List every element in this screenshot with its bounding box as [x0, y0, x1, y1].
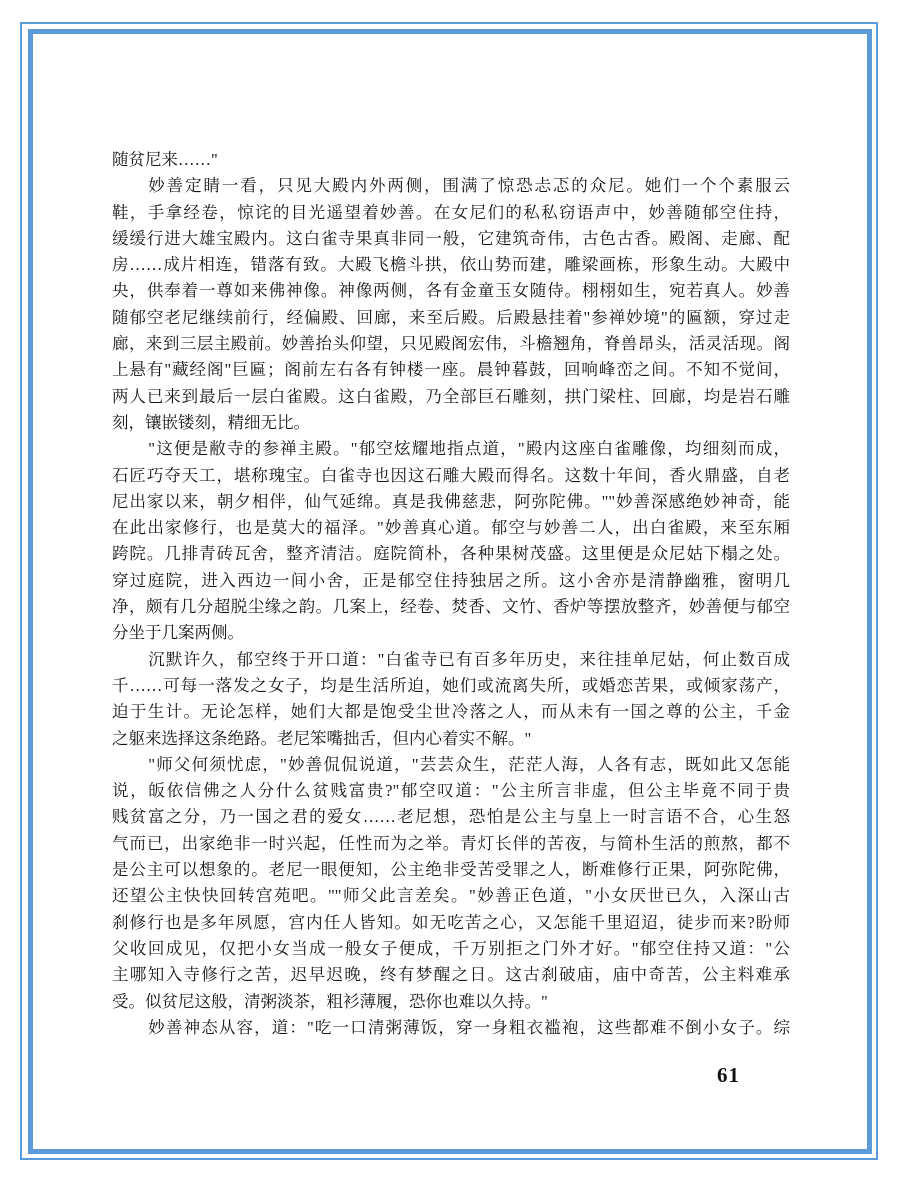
text-line: 尼出家以来，朝夕相伴，仙气延绵。真是我佛慈悲，阿弥陀佛。""妙善深感绝妙神奇，能: [112, 489, 790, 515]
text-line: 妙善定睛一看，只见大殿内外两侧，围满了惊恐忐忑的众尼。她们一个个素服云: [112, 173, 790, 199]
text-line: 刹修行也是多年夙愿，宫内任人皆知。如无吃苦之心，又怎能千里迢迢，徒步而来?盼师: [112, 910, 790, 936]
text-line: 在此出家修行，也是莫大的福泽。"妙善真心道。郁空与妙善二人，出白雀殿，来至东厢: [112, 515, 790, 541]
text-line: 受。似贫尼这般，清粥淡茶，粗衫薄履，恐你也难以久持。": [112, 989, 790, 1015]
text-line: 跨院。几排青砖瓦舍，整齐清洁。庭院简朴，各种果树茂盛。这里便是众尼姑下榻之处。: [112, 541, 790, 567]
text-line: 妙善神态从容，道："吃一口清粥薄饭，穿一身粗衣褴袍，这些都难不倒小女子。综: [112, 1015, 790, 1041]
text-line: 央，供奉着一尊如来佛神像。神像两侧，各有金童玉女随侍。栩栩如生，宛若真人。妙善: [112, 278, 790, 304]
paragraph: 沉默许久，郁空终于开口道："白雀寺已有百多年历史，来往挂单尼姑，何止数百成千………: [112, 647, 790, 752]
paragraph: "师父何须忧虑，"妙善侃侃说道，"芸芸众生，茫茫人海，人各有志，既如此又怎能说，…: [112, 752, 790, 1015]
text-line: 之躯来选择这条绝路。老尼笨嘴拙舌，但内心着实不解。": [112, 726, 790, 752]
paragraph: "这便是敝寺的参禅主殿。"郁空炫耀地指点道，"殿内这座白雀雕像，均细刻而成，石匠…: [112, 436, 790, 646]
text-line: 上悬有"藏经阁"巨匾；阁前左右各有钟楼一座。晨钟暮鼓，回响峰峦之间。不知不觉间，: [112, 357, 790, 383]
text-line: 穿过庭院，进入西边一间小舍，正是郁空住持独居之所。这小舍亦是清静幽雅，窗明几: [112, 568, 790, 594]
text-line: 廊，来到三层主殿前。妙善抬头仰望，只见殿阁宏伟，斗檐翘角，脊兽昂头，活灵活现。阁: [112, 331, 790, 357]
text-line: 贱贫富之分，乃一国之君的爱女……老尼想，恐怕是公主与皇上一时言语不合，心生怒: [112, 804, 790, 830]
text-line: 父收回成见，仅把小女当成一般女子便成，千万别拒之门外才好。"郁空住持又道："公: [112, 936, 790, 962]
text-line: 缓缓行进大雄宝殿内。这白雀寺果真非同一般，它建筑奇伟，古色古香。殿阁、走廊、配: [112, 226, 790, 252]
text-line: 气而已，出家绝非一时兴起，任性而为之举。青灯长伴的苦夜，与简朴生活的煎熬，都不: [112, 831, 790, 857]
text-line: 房……成片相连，错落有致。大殿飞檐斗拱，依山势而建，雕梁画栋，形象生动。大殿中: [112, 252, 790, 278]
page-number: 61: [112, 1063, 740, 1088]
paragraph: 妙善定睛一看，只见大殿内外两侧，围满了惊恐忐忑的众尼。她们一个个素服云鞋，手拿经…: [112, 173, 790, 436]
text-body: 随贫尼来……"妙善定睛一看，只见大殿内外两侧，围满了惊恐忐忑的众尼。她们一个个素…: [112, 147, 790, 1041]
paragraph: 随贫尼来……": [112, 147, 790, 173]
text-line: 主哪知入寺修行之苦，迟早迟晚，终有梦醒之日。这古刹破庙，庙中奇苦，公主料难承: [112, 962, 790, 988]
text-line: 两人已来到最后一层白雀殿。这白雀殿，乃全部巨石雕刻，拱门梁柱、回廊，均是岩石雕: [112, 384, 790, 410]
text-line: 沉默许久，郁空终于开口道："白雀寺已有百多年历史，来往挂单尼姑，何止数百成: [112, 647, 790, 673]
text-line: 净，颇有几分超脱尘缘之韵。几案上，经卷、焚香、文竹、香炉等摆放整齐，妙善便与郁空: [112, 594, 790, 620]
text-line: 迫于生计。无论怎样，她们大都是饱受尘世冷落之人，而从未有一国之尊的公主，千金: [112, 699, 790, 725]
text-line: 刻，镶嵌镂刻，精细无比。: [112, 410, 790, 436]
text-line: "这便是敝寺的参禅主殿。"郁空炫耀地指点道，"殿内这座白雀雕像，均细刻而成，: [112, 436, 790, 462]
text-line: 随贫尼来……": [112, 147, 790, 173]
text-line: 是公主可以想象的。老尼一眼便知，公主绝非受苦受罪之人，断难修行正果，阿弥陀佛，: [112, 857, 790, 883]
text-line: 分坐于几案两侧。: [112, 620, 790, 646]
text-line: "师父何须忧虑，"妙善侃侃说道，"芸芸众生，茫茫人海，人各有志，既如此又怎能: [112, 752, 790, 778]
text-line: 还望公主快快回转宫苑吧。""师父此言差矣。"妙善正色道，"小女厌世已久，入深山古: [112, 883, 790, 909]
text-line: 随郁空老尼继续前行，经偏殿、回廊，来至后殿。后殿悬挂着"参禅妙境"的匾额，穿过走: [112, 305, 790, 331]
paragraph: 妙善神态从容，道："吃一口清粥薄饭，穿一身粗衣褴袍，这些都难不倒小女子。综: [112, 1015, 790, 1041]
book-page: { "frame": { "border_color": "#5B9BDA" }…: [0, 0, 900, 1184]
text-line: 说，皈依信佛之人分什么贫贱富贵?"郁空叹道："公主所言非虚，但公主毕竟不同于贵: [112, 778, 790, 804]
text-line: 石匠巧夺天工，堪称瑰宝。白雀寺也因这石雕大殿而得名。这数十年间，香火鼎盛，自老: [112, 463, 790, 489]
text-line: 鞋，手拿经卷，惊诧的目光遥望着妙善。在女尼们的私私窃语声中，妙善随郁空住持，: [112, 200, 790, 226]
text-line: 千……可每一落发之女子，均是生活所迫，她们或流离失所，或婚恋苦果，或倾家荡产，: [112, 673, 790, 699]
